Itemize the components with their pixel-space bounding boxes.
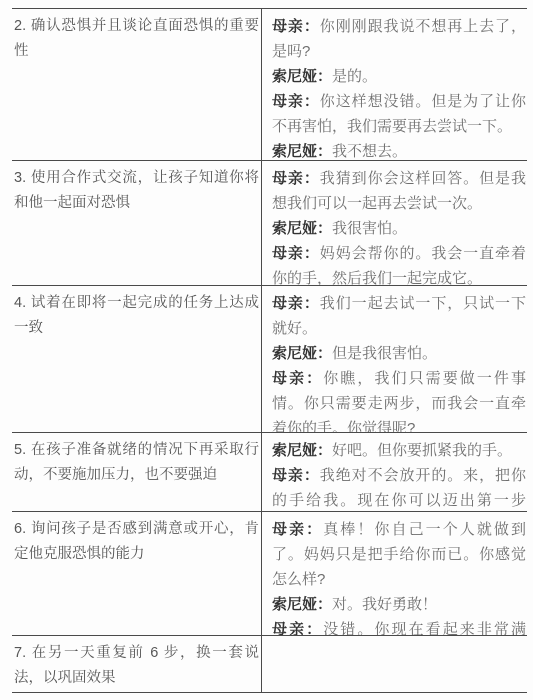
speaker-name: 母亲： [272, 18, 320, 35]
speaker-name: 母亲： [272, 245, 320, 262]
step-cell: 5. 在孩子准备就绪的情况下再采取行动，不要施加压力，也不要强迫 [12, 433, 262, 511]
speaker-name: 母亲： [272, 621, 323, 636]
dialogue-text: 我不想去。 [332, 143, 407, 160]
dialogue-line: 母亲：我猜到你会这样回答。但是我想我们可以一起再去尝试一次。 [272, 166, 526, 216]
dialogue-cell: 索尼娅：好吧。但你要抓紧我的手。母亲：我绝对不会放开的。来，把你的手给我。现在你… [262, 433, 527, 511]
speaker-name: 母亲： [272, 467, 320, 484]
step-cell: 7. 在另一天重复前 6 步，换一套说法，以巩固效果 [12, 636, 262, 692]
step-text: 7. 在另一天重复前 6 步，换一套说法，以巩固效果 [14, 641, 259, 691]
table-row: 7. 在另一天重复前 6 步，换一套说法，以巩固效果 [12, 636, 527, 693]
table-row: 4. 试着在即将一起完成的任务上达成一致 母亲：我们一起去试一下，只试一下就好。… [12, 286, 527, 433]
speaker-name: 母亲： [272, 170, 320, 187]
dialogue-cell: 母亲：我猜到你会这样回答。但是我想我们可以一起再去尝试一次。索尼娅：我很害怕。母… [262, 161, 527, 285]
step-cell: 4. 试着在即将一起完成的任务上达成一致 [12, 286, 262, 432]
step-text: 3. 使用合作式交流，让孩子知道你将和他一起面对恐惧 [14, 166, 259, 216]
dialogue-cell: 母亲：真棒！你自己一个人就做到了。妈妈只是把手给你而已。你感觉怎么样?索尼娅：对… [262, 512, 527, 635]
step-cell: 6. 询问孩子是否感到满意或开心，肯定他克服恐惧的能力 [12, 512, 262, 635]
speaker-name: 母亲： [272, 521, 323, 538]
speaker-name: 索尼娅： [272, 442, 332, 459]
dialogue-line: 母亲：我绝对不会放开的。来，把你的手给我。现在你可以迈出第一步了。 [272, 463, 526, 512]
speaker-name: 母亲： [272, 295, 320, 312]
dialogue-cell: 母亲：我们一起去试一下，只试一下就好。索尼娅：但是我很害怕。母亲：你瞧，我们只需… [262, 286, 527, 432]
speaker-name: 索尼娅： [272, 220, 332, 237]
dialogue-text: 我很害怕。 [332, 220, 407, 237]
step-text: 2. 确认恐惧并且谈论直面恐惧的重要性 [14, 14, 259, 64]
table-row: 5. 在孩子准备就绪的情况下再采取行动，不要施加压力，也不要强迫 索尼娅：好吧。… [12, 433, 527, 512]
dialogue-text: 对。我好勇敢！ [332, 596, 437, 613]
table-row: 6. 询问孩子是否感到满意或开心，肯定他克服恐惧的能力 母亲：真棒！你自己一个人… [12, 512, 527, 636]
dialogue-line: 母亲：没错。你现在看起来非常满意。 [272, 617, 526, 636]
book-page: 2. 确认恐惧并且谈论直面恐惧的重要性 母亲：你刚刚跟我说不想再上去了，是吗?索… [0, 0, 533, 700]
steps-table: 2. 确认恐惧并且谈论直面恐惧的重要性 母亲：你刚刚跟我说不想再上去了，是吗?索… [12, 8, 527, 693]
dialogue-text: 但是我很害怕。 [332, 345, 437, 362]
speaker-name: 索尼娅： [272, 68, 332, 85]
dialogue-line: 母亲：你这样想没错。但是为了让你不再害怕，我们需要再去尝试一下。 [272, 89, 526, 139]
step-text: 6. 询问孩子是否感到满意或开心，肯定他克服恐惧的能力 [14, 517, 259, 567]
dialogue-line: 索尼娅：我不想去。 [272, 139, 526, 161]
speaker-name: 索尼娅： [272, 596, 332, 613]
step-cell: 3. 使用合作式交流，让孩子知道你将和他一起面对恐惧 [12, 161, 262, 285]
speaker-name: 索尼娅： [272, 143, 332, 160]
dialogue-cell: 母亲：你刚刚跟我说不想再上去了，是吗?索尼娅：是的。母亲：你这样想没错。但是为了… [262, 9, 527, 160]
dialogue-line: 索尼娅：我很害怕。 [272, 216, 526, 241]
speaker-name: 索尼娅： [272, 345, 332, 362]
dialogue-line: 母亲：你刚刚跟我说不想再上去了，是吗? [272, 14, 526, 64]
step-text: 4. 试着在即将一起完成的任务上达成一致 [14, 291, 259, 341]
table-row: 3. 使用合作式交流，让孩子知道你将和他一起面对恐惧 母亲：我猜到你会这样回答。… [12, 161, 527, 286]
step-text: 5. 在孩子准备就绪的情况下再采取行动，不要施加压力，也不要强迫 [14, 438, 259, 488]
dialogue-line: 母亲：你瞧，我们只需要做一件事情。你只需要走两步，而我会一直牵着你的手。你觉得呢… [272, 366, 526, 433]
speaker-name: 母亲： [272, 93, 320, 110]
dialogue-line: 母亲：妈妈会帮你的。我会一直牵着你的手，然后我们一起完成它。 [272, 241, 526, 286]
table-row: 2. 确认恐惧并且谈论直面恐惧的重要性 母亲：你刚刚跟我说不想再上去了，是吗?索… [12, 9, 527, 161]
dialogue-text: 是的。 [332, 68, 377, 85]
dialogue-line: 索尼娅：对。我好勇敢！ [272, 592, 526, 617]
dialogue-cell [262, 636, 527, 692]
step-cell: 2. 确认恐惧并且谈论直面恐惧的重要性 [12, 9, 262, 160]
dialogue-line: 母亲：真棒！你自己一个人就做到了。妈妈只是把手给你而已。你感觉怎么样? [272, 517, 526, 592]
dialogue-line: 索尼娅：但是我很害怕。 [272, 341, 526, 366]
dialogue-text: 好吧。但你要抓紧我的手。 [332, 442, 512, 459]
speaker-name: 母亲： [272, 370, 323, 387]
dialogue-line: 索尼娅：是的。 [272, 64, 526, 89]
dialogue-line: 索尼娅：好吧。但你要抓紧我的手。 [272, 438, 526, 463]
dialogue-line: 母亲：我们一起去试一下，只试一下就好。 [272, 291, 526, 341]
